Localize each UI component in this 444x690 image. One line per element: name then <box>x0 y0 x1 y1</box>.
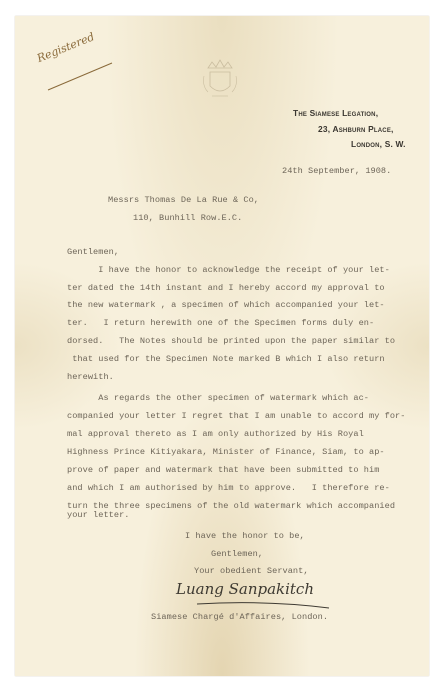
body-paragraph-1-line: the new watermark , a specimen of which … <box>67 300 385 310</box>
letter-date: 24th September, 1908. <box>282 166 391 176</box>
closing-line-2: Gentlemen, <box>211 549 263 559</box>
letterhead-address: 23, Ashburn Place, <box>318 124 394 134</box>
body-paragraph-1-line: dorsed. The Notes should be printed upon… <box>67 336 395 346</box>
salutation: Gentlemen, <box>67 247 119 257</box>
body-paragraph-2-line: companied your letter I regret that I am… <box>67 411 405 421</box>
body-paragraph-1-line: ter dated the 14th instant and I hereby … <box>67 283 385 293</box>
body-paragraph-1-line: I have the honor to acknowledge the rece… <box>67 265 390 275</box>
letterhead-city: London, S. W. <box>351 139 406 149</box>
closing-line-1: I have the honor to be, <box>185 531 305 541</box>
addressee-address: 110, Bunhill Row.E.C. <box>133 213 242 223</box>
addressee-name: Messrs Thomas De La Rue & Co, <box>108 195 259 205</box>
body-paragraph-2-line: and which I am authorised by him to appr… <box>67 483 390 493</box>
body-paragraph-1-line: that used for the Specimen Note marked B… <box>67 354 385 364</box>
handwritten-signature: Luang Sanpakitch <box>176 580 314 598</box>
body-paragraph-2-line: mal approval thereto as I am only author… <box>67 429 364 439</box>
signatory-title: Siamese Chargé d'Affaires, London. <box>151 612 328 622</box>
coat-of-arms-crest-icon <box>198 58 242 102</box>
handwritten-underline <box>46 60 116 94</box>
body-paragraph-1-line: ter. I return herewith one of the Specim… <box>67 318 374 328</box>
body-paragraph-2-line: Highness Prince Kitiyakara, Minister of … <box>67 447 385 457</box>
closing-line-3: Your obedient Servant, <box>194 566 309 576</box>
signature-underline <box>195 598 335 612</box>
body-paragraph-2-line: As regards the other specimen of waterma… <box>67 393 369 403</box>
body-paragraph-1-line: herewith. <box>67 372 114 382</box>
letterhead-legation: The Siamese Legation, <box>293 108 378 118</box>
body-paragraph-2-line: prove of paper and watermark that have b… <box>67 465 379 475</box>
body-paragraph-2-line: your letter. <box>67 510 130 520</box>
